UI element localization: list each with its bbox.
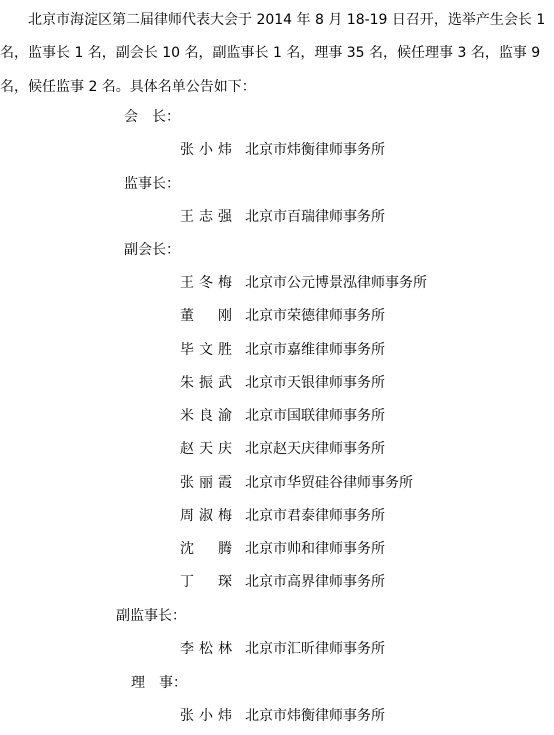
member-firm: 北京市嘉维律师事务所 [245,340,385,360]
member-name: 张小炜 [180,706,232,726]
member-firm: 北京市炜衡律师事务所 [245,706,385,726]
member-firm: 北京市炜衡律师事务所 [245,140,385,160]
member-name: 张丽霞 [180,473,232,493]
member-firm: 北京市汇昕律师事务所 [245,639,385,659]
member-name: 王冬梅 [180,273,232,293]
announcement-intro: 北京市海淀区第二届律师代表大会于 2014 年 8 月 18-19 日召开，选举… [0,4,554,104]
member-name: 朱振武 [180,373,232,393]
member-name: 沈腾 [180,539,232,559]
member-name: 董刚 [180,306,232,326]
member-name: 毕文胜 [180,340,232,360]
member-name: 张小炜 [180,140,232,160]
section-title-vice-president: 副会长： [124,240,180,260]
member-name: 周淑梅 [180,506,232,526]
section-title-directors: 理 事： [131,673,187,693]
member-firm: 北京市高界律师事务所 [245,572,385,592]
member-firm: 北京市君泰律师事务所 [245,506,385,526]
section-title-president: 会 长： [124,107,180,127]
section-title-vice-supervisor-chief: 副监事长： [116,606,186,626]
member-name: 王志强 [180,207,232,227]
member-name: 李松林 [180,639,232,659]
member-name: 丁琛 [180,572,232,592]
member-firm: 北京市荣德律师事务所 [245,306,385,326]
member-firm: 北京市天银律师事务所 [245,373,385,393]
member-firm: 北京市华贸硅谷律师事务所 [245,473,413,493]
member-firm: 北京市公元博景泓律师事务所 [245,273,427,293]
member-firm: 北京市国联律师事务所 [245,406,385,426]
section-title-supervisor-chief: 监事长： [124,174,180,194]
member-firm: 北京赵天庆律师事务所 [245,439,385,459]
member-firm: 北京市帅和律师事务所 [245,539,385,559]
member-firm: 北京市百瑞律师事务所 [245,207,385,227]
member-name: 赵天庆 [180,439,232,459]
member-name: 米良渝 [180,406,232,426]
